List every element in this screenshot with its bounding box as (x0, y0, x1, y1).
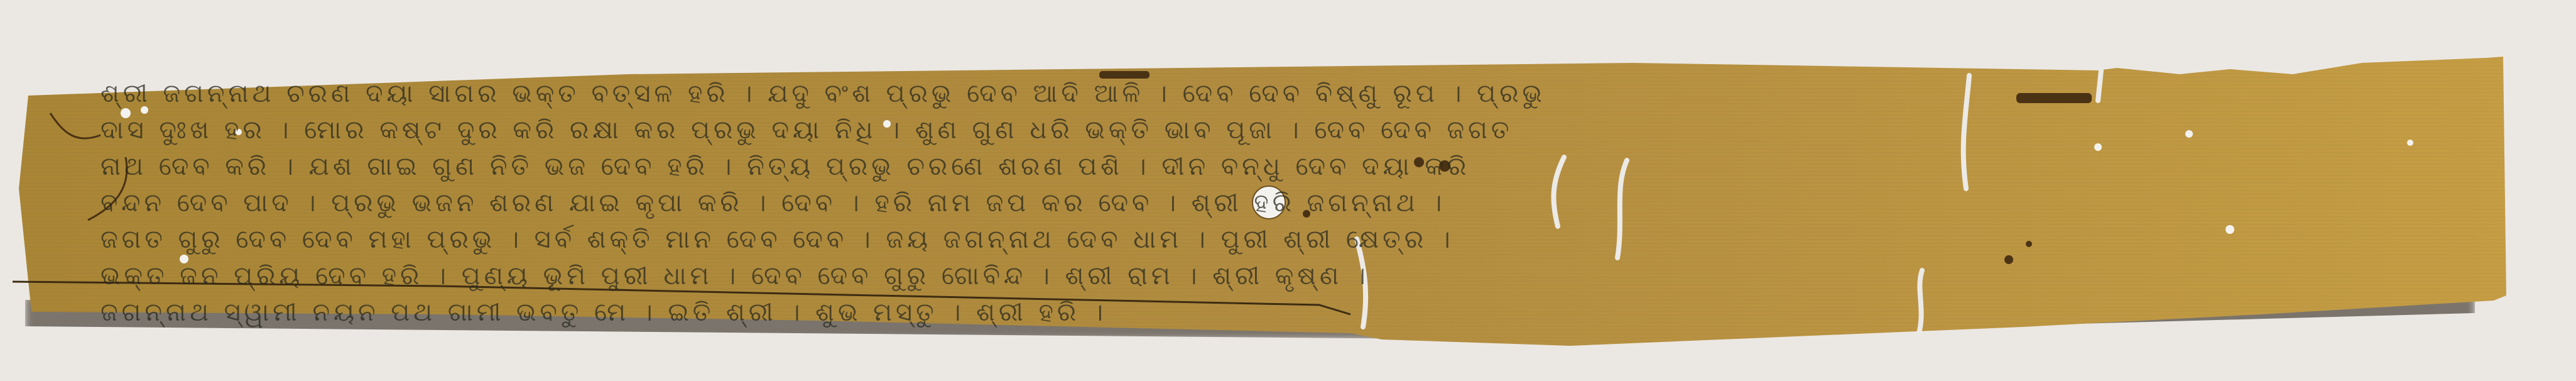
manuscript-text: ଶ୍ରୀ ଜଗନ୍ନାଥ ଚରଣ ଦୟା ସାଗର ଭକ୍ତ ବତ୍ସଳ ହରି… (101, 75, 2236, 331)
manuscript-line: ଶ୍ରୀ ଜଗନ୍ନାଥ ଚରଣ ଦୟା ସାଗର ଭକ୍ତ ବତ୍ସଳ ହରି… (101, 75, 2236, 112)
manuscript-line: ଜଗତ ଗୁରୁ ଦେବ ଦେବ ମହା ପ୍ରଭୁ । ସର୍ବ ଶକ୍ତି … (101, 221, 2236, 258)
manuscript-line: ନାଥ ଦେବ କରି । ଯଶ ଗାଇ ଗୁଣ ନିତି ଭଜ ଦେବ ହରି… (101, 148, 2236, 185)
manuscript-line: ବନ୍ଦନ ଦେବ ପାଦ । ପ୍ରଭୁ ଭଜନ ଶରଣ ଯାଇ କୃପା କ… (101, 185, 2236, 221)
manuscript-line: ଦାସ ଦୁଃଖ ହର । ମୋର କଷ୍ଟ ଦୁର କରି ରକ୍ଷା କର … (101, 112, 2236, 148)
photo-stage: ଶ୍ରୀ ଜଗନ୍ନାଥ ଚରଣ ଦୟା ସାଗର ଭକ୍ତ ବତ୍ସଳ ହରି… (0, 0, 2576, 381)
palm-leaf: ଶ୍ରୀ ଜଗନ୍ନାଥ ଚରଣ ଦୟା ସାଗର ଭକ୍ତ ବତ୍ସଳ ହରି… (0, 0, 2576, 381)
manuscript-line: ଭକ୍ତ ଜନ ପ୍ରିୟ ଦେବ ହରି । ପୁଣ୍ୟ ଭୂମି ପୁରୀ … (101, 258, 2236, 294)
manuscript-line: ଜଗନ୍ନାଥ ସ୍ୱାମୀ ନୟନ ପଥ ଗାମୀ ଭବତୁ ମେ । ଇତି… (101, 294, 2236, 331)
